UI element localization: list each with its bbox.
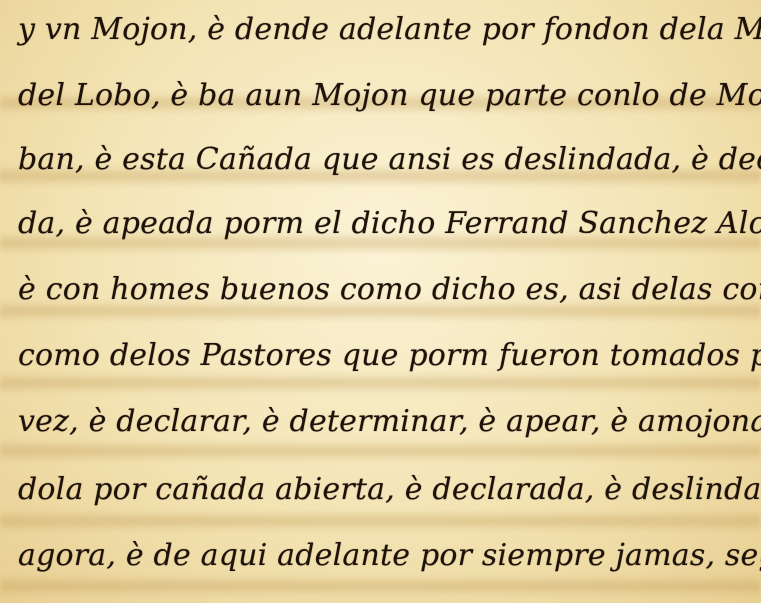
ink-bleed bbox=[0, 372, 761, 394]
ink-bleed bbox=[0, 575, 761, 597]
manuscript-line-8: dola por cañada abierta, è declarada, è … bbox=[18, 472, 751, 507]
manuscript-line-3: ban, è esta Cañada que ansi es deslindad… bbox=[18, 142, 751, 177]
manuscript-line-6: como delos Pastores que porm fueron toma… bbox=[18, 338, 751, 373]
manuscript-page: y vn Mojon, è dende adelante por fondon … bbox=[0, 0, 761, 603]
ink-bleed bbox=[0, 440, 761, 462]
manuscript-line-7: vez, è declarar, è determinar, è apear, … bbox=[18, 404, 751, 439]
manuscript-line-1: y vn Mojon, è dende adelante por fondon … bbox=[18, 12, 751, 47]
manuscript-line-9: agora, è de aqui adelante por siempre ja… bbox=[18, 538, 751, 573]
manuscript-line-4: da, è apeada porm el dicho Ferrand Sanch… bbox=[18, 206, 751, 241]
manuscript-line-5: è con homes buenos como dicho es, asi de… bbox=[18, 272, 751, 307]
ink-bleed bbox=[0, 510, 761, 532]
manuscript-line-2: del Lobo, è ba aun Mojon que parte conlo… bbox=[18, 78, 751, 113]
